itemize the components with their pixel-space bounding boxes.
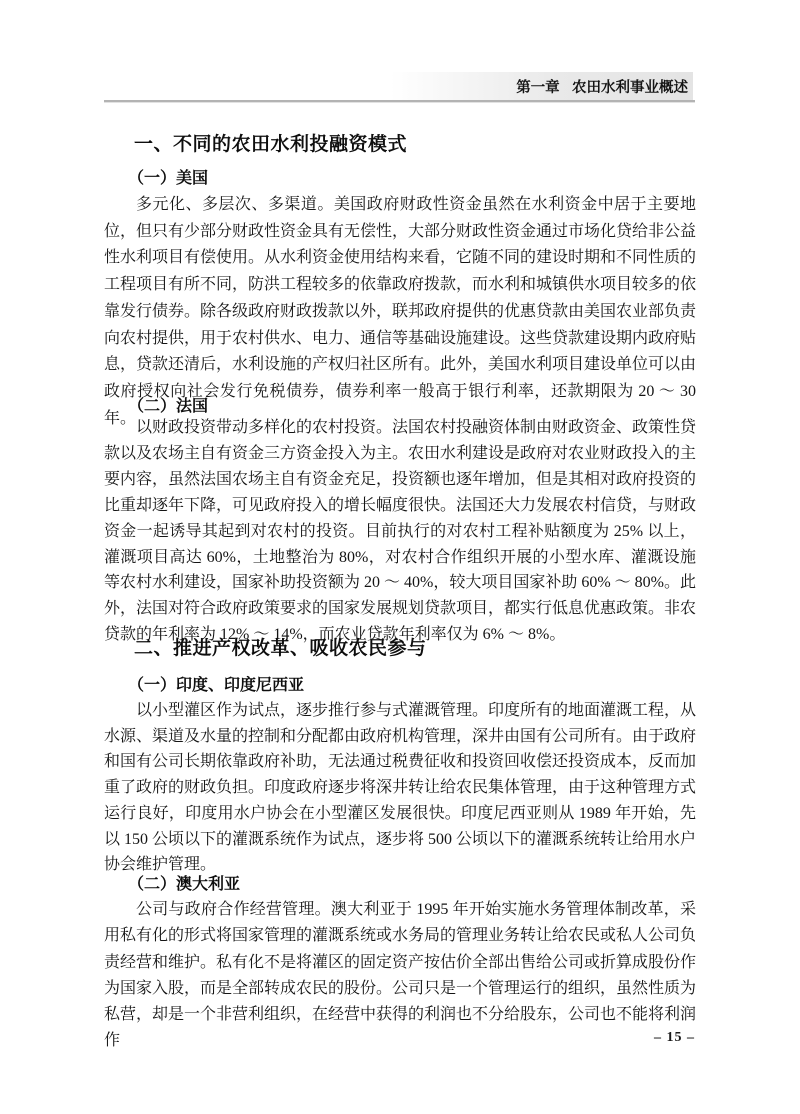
document-page: 第一章 农田水利事业概述 一、不同的农田水利投融资模式 （一）美国 多元化、多层… xyxy=(0,0,800,1114)
subsection-title-india-indonesia: （一）印度、印度尼西亚 xyxy=(104,673,696,699)
header-rule xyxy=(104,100,695,103)
chapter-header-box: 第一章 农田水利事业概述 xyxy=(390,72,693,102)
paragraph-india-indonesia: 以小型灌区作为试点，逐步推行参与式灌溉管理。印度所有的地面灌溉工程，从水源、渠道… xyxy=(104,698,696,878)
paragraph-france: 以财政投资带动多样化的农村投资。法国农村投融资体制由财政资金、政策性贷款以及农场… xyxy=(104,415,696,648)
chapter-label: 第一章 xyxy=(516,76,560,97)
subsection-title-australia: （二）澳大利亚 xyxy=(104,872,696,898)
subsection-title-usa: （一）美国 xyxy=(104,166,696,192)
page-number: – 15 – xyxy=(104,1030,695,1046)
chapter-title: 农田水利事业概述 xyxy=(572,76,688,97)
section-heading-2: 二、推进产权改革、吸收农民参与 xyxy=(104,636,696,662)
section-heading-1: 一、不同的农田水利投融资模式 xyxy=(104,132,696,158)
